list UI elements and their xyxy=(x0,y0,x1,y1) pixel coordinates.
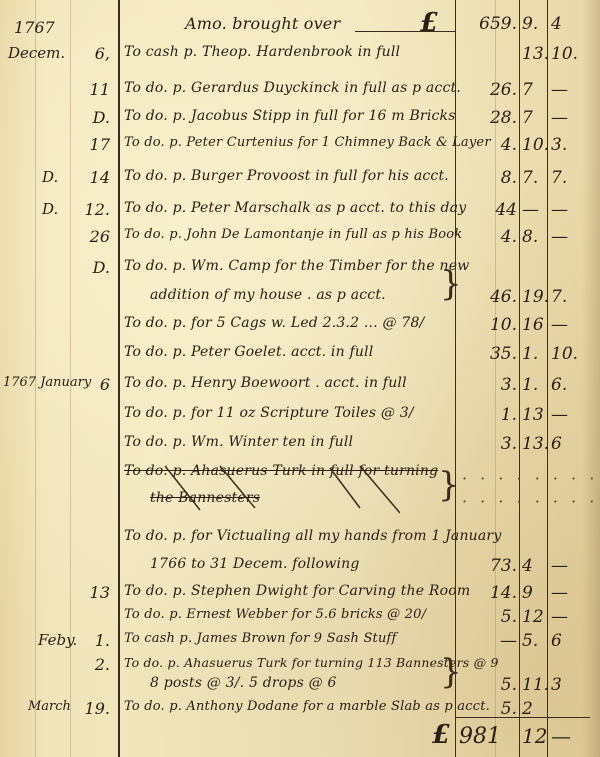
entry-pence: 10. xyxy=(551,344,591,364)
entry-pence: — xyxy=(551,405,591,425)
entry-pounds: 35. xyxy=(455,344,517,364)
entry-pence: — xyxy=(551,227,591,247)
entry-pounds: — xyxy=(455,631,517,651)
ledger-entry-continuation: addition of my house . as p acct. } 46. … xyxy=(0,287,600,311)
entry-pounds: 5. xyxy=(455,675,517,695)
total-pounds: 981 xyxy=(450,724,510,749)
entry-pence: 7. xyxy=(551,168,591,188)
ledger-entry: To do. p. Ernest Webber for 5.6 bricks @… xyxy=(0,607,600,631)
ledger-entry: To do. p. Peter Goelet. acct. in full 35… xyxy=(0,344,600,368)
entry-shillings: 16 xyxy=(522,315,548,335)
entry-day: D. xyxy=(70,258,110,277)
entry-description: To do. p. for 5 Cags w. Led 2.3.2 ... @ … xyxy=(124,315,424,331)
leader-dots: · · · · · · · · xyxy=(462,469,598,488)
ledger-entry: 1767 January 6 To do. p. Henry Boewoort … xyxy=(0,375,600,399)
entry-description-continuation: 1766 to 31 Decem. following xyxy=(150,556,360,572)
entry-pounds: 44 xyxy=(455,200,517,220)
ledger-entry: To do. p. for 11 oz Scripture Toiles @ 3… xyxy=(0,405,600,429)
entry-description: To do. p. Jacobus Stipp in full for 16 m… xyxy=(124,108,456,124)
total-pound-sign: £ xyxy=(432,720,450,750)
entry-pounds: 3. xyxy=(455,434,517,454)
entry-description: To do. p. Gerardus Duyckinck in full as … xyxy=(124,80,461,96)
entry-pence: 6. xyxy=(551,375,591,395)
entry-pence: — xyxy=(551,607,591,627)
total-rule xyxy=(455,717,590,718)
ledger-entry: D. To do. p. Wm. Camp for the Timber for… xyxy=(0,258,600,282)
entry-pence: — xyxy=(551,80,591,100)
entry-pounds: 5. xyxy=(455,699,517,719)
entry-date: Decem. xyxy=(8,44,65,62)
entry-pounds: 14. xyxy=(455,583,517,603)
brought-over-pounds: 659. xyxy=(455,14,517,34)
entry-description: To cash p. Theop. Hardenbrook in full xyxy=(124,44,400,60)
entry-pounds: 4. xyxy=(455,227,517,247)
entry-day: 6, xyxy=(70,44,110,63)
entry-description: To do. p. for 11 oz Scripture Toiles @ 3… xyxy=(124,405,414,421)
entry-description-continuation: 8 posts @ 3/. 5 drops @ 6 xyxy=(150,675,337,691)
entry-pounds: 4. xyxy=(455,135,517,155)
entry-day: 26 xyxy=(70,227,110,246)
ledger-entry: Decem. 6, To cash p. Theop. Hardenbrook … xyxy=(0,44,600,68)
total-shillings: 12 xyxy=(522,724,548,748)
brought-over-row: Amo. brought over £ 659. 9. 4 xyxy=(0,14,600,38)
ledger-entry-continuation: 1766 to 31 Decem. following 73. 4 — xyxy=(0,556,600,580)
entry-shillings: 4 xyxy=(522,556,548,576)
entry-shillings: 7 xyxy=(522,108,548,128)
entry-pence: — xyxy=(551,556,591,576)
entry-shillings: 13. xyxy=(522,434,548,454)
ledger-entry: D. 12. To do. p. Peter Marschalk as p ac… xyxy=(0,200,600,224)
entry-pence: — xyxy=(551,315,591,335)
entry-day: 13 xyxy=(70,583,110,602)
entry-description: To do. p. Henry Boewoort . acct. in full xyxy=(124,375,407,391)
ledger-entry: 26 To do. p. John De Lamontanje in full … xyxy=(0,227,600,251)
entry-day: 14 xyxy=(70,168,110,187)
strike-marks xyxy=(160,458,400,518)
ledger-entry-continuation: 8 posts @ 3/. 5 drops @ 6 } 5. 11. 3 xyxy=(0,675,600,699)
entry-description: To do. p. Wm. Camp for the Timber for th… xyxy=(124,258,469,274)
brace-mark: } xyxy=(438,468,460,502)
ledger-entry: Feby. 1. To cash p. James Brown for 9 Sa… xyxy=(0,631,600,655)
entry-day: 1. xyxy=(70,631,110,650)
entry-shillings: 1. xyxy=(522,344,548,364)
entry-shillings: — xyxy=(522,200,548,220)
entry-shillings: 13. xyxy=(522,44,548,64)
entry-shillings: 12 xyxy=(522,607,548,627)
entry-pounds: 46. xyxy=(455,287,517,307)
ledger-entry: 13 To do. p. Stephen Dwight for Carving … xyxy=(0,583,600,607)
ledger-entry: To do. p. Wm. Winter ten in full 3. 13. … xyxy=(0,434,600,458)
total-pence: — xyxy=(551,724,591,748)
entry-description-continuation: addition of my house . as p acct. xyxy=(150,287,386,303)
heading-underline xyxy=(355,31,455,32)
entry-day: 2. xyxy=(70,655,110,674)
entry-pence: 10. xyxy=(551,44,591,64)
entry-pounds: 5. xyxy=(455,607,517,627)
entry-shillings: 5. xyxy=(522,631,548,651)
ledger-entry: To do. p. for Victualing all my hands fr… xyxy=(0,528,600,552)
ledger-entry: March 19. To do. p. Anthony Dodane for a… xyxy=(0,699,600,723)
entry-pounds: 1. xyxy=(455,405,517,425)
entry-shillings: 2 xyxy=(522,699,548,719)
entry-description: To cash p. James Brown for 9 Sash Stuff xyxy=(124,631,397,646)
entry-description: To do. p. Ernest Webber for 5.6 bricks @… xyxy=(124,607,426,622)
entry-pounds: 26. xyxy=(455,80,517,100)
ledger-entry: 17 To do. p. Peter Curtenius for 1 Chimn… xyxy=(0,135,600,159)
entry-shillings: 7. xyxy=(522,168,548,188)
entry-day: 17 xyxy=(70,135,110,154)
pound-sign: £ xyxy=(420,8,438,38)
entry-shillings: 9 xyxy=(522,583,548,603)
entry-date: D. xyxy=(42,168,58,186)
entry-pence: — xyxy=(551,108,591,128)
entry-pounds: 3. xyxy=(455,375,517,395)
entry-day: D. xyxy=(70,108,110,127)
entry-date: D. xyxy=(42,200,58,218)
entry-shillings: 7 xyxy=(522,80,548,100)
entry-description: To do. p. for Victualing all my hands fr… xyxy=(124,528,501,544)
entry-date: March xyxy=(28,699,71,714)
entry-pounds: 10. xyxy=(455,315,517,335)
entry-shillings: 19. xyxy=(522,287,548,307)
ledger-entry: To do. p. for 5 Cags w. Led 2.3.2 ... @ … xyxy=(0,315,600,339)
entry-description: To do. p. Peter Marschalk as p acct. to … xyxy=(124,200,466,216)
entry-pence: 3 xyxy=(551,675,591,695)
entry-description: To do. p. Burger Provoost in full for hi… xyxy=(124,168,449,184)
entry-description: To do. p. Anthony Dodane for a marble Sl… xyxy=(124,699,490,714)
ledger-page: 1767 Amo. brought over £ 659. 9. 4 Decem… xyxy=(0,0,600,757)
entry-description: To do. p. John De Lamontanje in full as … xyxy=(124,227,462,242)
entry-description: To do. p. Wm. Winter ten in full xyxy=(124,434,353,450)
ledger-entry: 11 To do. p. Gerardus Duyckinck in full … xyxy=(0,80,600,104)
entry-shillings: 13 xyxy=(522,405,548,425)
entry-description: To do. p. Peter Goelet. acct. in full xyxy=(124,344,373,360)
entry-pounds: 73. xyxy=(455,556,517,576)
entry-pounds: 28. xyxy=(455,108,517,128)
entry-day: 12. xyxy=(70,200,110,219)
entry-description: To do. p. Stephen Dwight for Carving the… xyxy=(124,583,470,599)
entry-pence: 6 xyxy=(551,631,591,651)
total-row: £ 981 12 — xyxy=(0,724,600,748)
ledger-entry: D. 14 To do. p. Burger Provoost in full … xyxy=(0,168,600,192)
entry-description: To do. p. Peter Curtenius for 1 Chimney … xyxy=(124,135,491,150)
entry-shillings: 1. xyxy=(522,375,548,395)
entry-shillings: 8. xyxy=(522,227,548,247)
entry-pounds: 8. xyxy=(455,168,517,188)
brought-over-label: Amo. brought over xyxy=(185,14,340,33)
entry-day: 19. xyxy=(70,699,110,718)
entry-pence: 6 xyxy=(551,434,591,454)
entry-pence: — xyxy=(551,200,591,220)
entry-day: 6 xyxy=(70,375,110,394)
entry-pence: 7. xyxy=(551,287,591,307)
leader-dots: · · · · · · · · xyxy=(462,492,598,511)
entry-pence: 3. xyxy=(551,135,591,155)
brought-over-pence: 4 xyxy=(551,14,591,34)
ledger-entry: D. To do. p. Jacobus Stipp in full for 1… xyxy=(0,108,600,132)
brought-over-shillings: 9. xyxy=(522,14,548,34)
entry-day: 11 xyxy=(70,80,110,99)
entry-shillings: 10. xyxy=(522,135,548,155)
entry-shillings: 11. xyxy=(522,675,548,695)
entry-pence: — xyxy=(551,583,591,603)
